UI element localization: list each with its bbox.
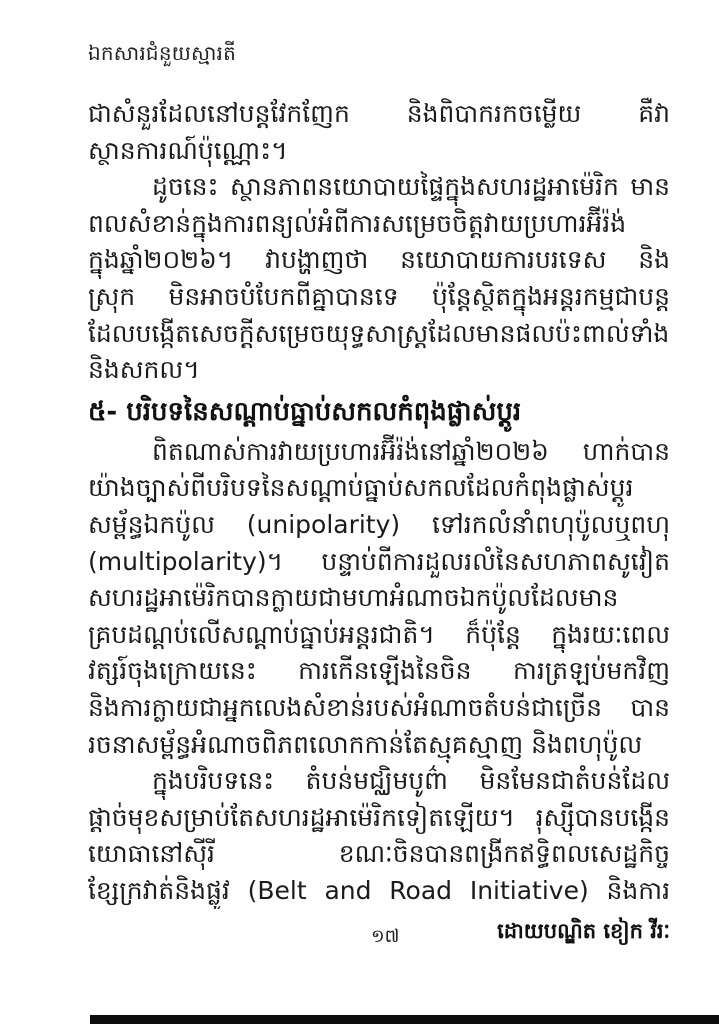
text-line: ជាសំនួរដែលនៅបន្តវែកញែក និងពិបាករកចម្លើយ … xyxy=(88,96,670,133)
text-line: វត្សរ៍ចុងក្រោយនេះ ការកើនឡើងនៃចិន ការត្រឡ… xyxy=(88,653,670,690)
body-text-column: ជាសំនួរដែលនៅបន្តវែកញែក និងពិបាករកចម្លើយ … xyxy=(88,96,670,909)
text-line: ស្ថានការណ៍ប៉ុណ្ណោះ។ xyxy=(88,133,670,170)
page-footer: ១៧ ដោយបណ្ឌិត ខៀក វីរៈ xyxy=(88,918,670,952)
text-line: រចនាសម្ព័ន្ធអំណាចពិភពលោកកាន់តែស្មុគស្មាញ… xyxy=(88,727,670,764)
text-line: ក្នុងឆ្នាំ២០២៦។ វាបង្ហាញថា នយោបាយការបរទេ… xyxy=(88,242,670,279)
text-line: ពលសំខាន់ក្នុងការពន្យល់អំពីការសម្រេចចិត្ត… xyxy=(88,206,670,243)
text-line: ក្នុងបរិបទនេះ តំបន់មជ្ឈិមបូព៌ា មិនមែនជាត… xyxy=(88,763,670,800)
text-line: ដែលបង្កើតសេចក្ដីសម្រេចយុទ្ធសាស្ត្រដែលមាន… xyxy=(88,316,670,353)
section-heading: ៥- បរិបទនៃសណ្ដាប់ធ្នាប់សកលកំពុងផ្លាស់ប្ដ… xyxy=(88,391,670,433)
author-credit: ដោយបណ្ឌិត ខៀក វីរៈ xyxy=(497,918,670,949)
scan-shadow-bar xyxy=(90,1015,719,1024)
scanned-book-page: ឯកសារជំនួយស្មារតី ជាសំនួរដែលនៅបន្តវែកញែក… xyxy=(0,0,719,1024)
text-line: និងការក្លាយជាអ្នកលេងសំខាន់របស់អំណាចតំបន់… xyxy=(88,690,670,727)
text-line: គ្របដណ្ដប់លើសណ្ដាប់ធ្នាប់អន្តរជាតិ។ ក៏ប៉… xyxy=(88,617,670,654)
page-number: ១៧ xyxy=(371,924,399,951)
text-line: ស្រុក មិនអាចបំបែកពីគ្នាបានទេ ប៉ុន្តែស្ថិ… xyxy=(88,279,670,316)
running-header: ឯកសារជំនួយស្មារតី xyxy=(88,40,236,70)
text-line: និងសកល។ xyxy=(88,352,670,389)
text-line: (multipolarity)។ បន្ទាប់ពីការដួលរលំនៃសហភ… xyxy=(88,544,670,581)
text-line: សហរដ្ឋអាម៉េរិកបានក្លាយជាមហាអំណាចឯកប៉ូលដែ… xyxy=(88,580,670,617)
text-line: សម្ព័ន្ធឯកប៉ូល (unipolarity) ទៅរកលំនាំពហ… xyxy=(88,507,670,544)
text-line: យោធានៅស៊ីរី ខណៈចិនបានពង្រីកឥទ្ធិពលសេដ្ឋក… xyxy=(88,836,670,873)
text-line: ពិតណាស់ការវាយប្រហារអ៊ីរ៉ង់នៅឆ្នាំ២០២៦ ហា… xyxy=(88,434,670,471)
text-line: ផ្ដាច់មុខសម្រាប់តែសហរដ្ឋអាម៉េរិកទៀតឡើយ។ … xyxy=(88,800,670,837)
text-line: ដូចនេះ ស្ថានភាពនយោបាយផ្ទៃក្នុងសហរដ្ឋអាម៉… xyxy=(88,169,670,206)
text-line: យ៉ាងច្បាស់ពីបរិបទនៃសណ្ដាប់ធ្នាប់សកលដែលកំ… xyxy=(88,470,670,507)
text-line: ខ្សែក្រវាត់និងផ្លូវ (Belt and Road Initi… xyxy=(88,873,670,910)
